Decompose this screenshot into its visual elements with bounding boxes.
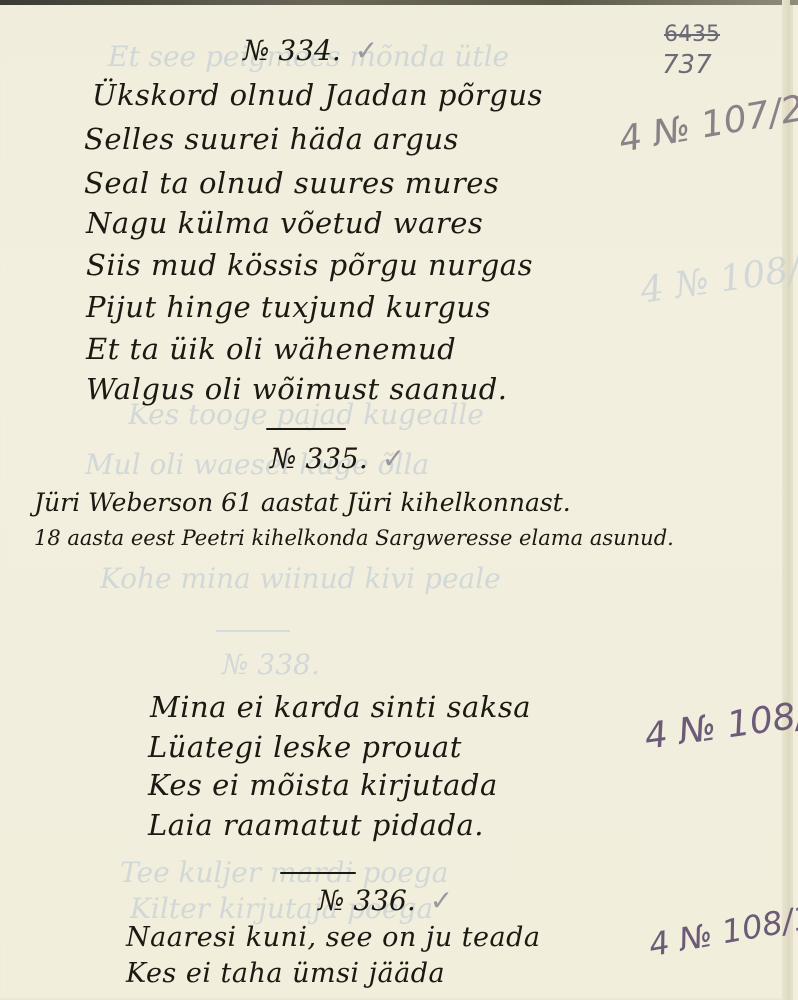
bleed-through-rule xyxy=(216,630,290,632)
entry-number-335: № 335.✓ xyxy=(270,442,405,475)
poem-line: Seal ta olnud suures mures xyxy=(84,166,499,200)
poem-line: Kes ei taha ümsi jääda xyxy=(126,958,445,989)
page-top-shadow-edge xyxy=(0,0,798,5)
margin-reference: 4 № 108/1 xyxy=(646,898,798,964)
poem-line: Et ta üik oli wähenemud xyxy=(86,332,456,366)
entry-number-text: № 335. xyxy=(270,442,368,475)
poem-line: Lüategi leske prouat xyxy=(148,730,462,764)
entry-number-text: № 336. xyxy=(318,884,416,917)
poem-line: Pijut hinge tuxjund kurgus xyxy=(86,290,491,324)
bleed-through-margin-ref: 4 № 108/1 xyxy=(638,245,798,311)
bleed-through-line: Kohe mina wiinud kivi peale xyxy=(100,562,501,595)
poem-line: Kes ei mõista kirjutada xyxy=(148,768,498,802)
prose-line: 18 aasta eest Peetri kihelkonda Sargwere… xyxy=(34,526,674,550)
poem-line: Naaresi kuni, see on ju teada xyxy=(126,922,541,953)
poem-line: Nagu külma võetud wares xyxy=(86,206,483,240)
poem-line: Selles suurei häda argus xyxy=(84,122,459,156)
check-mark-icon: ✓ xyxy=(382,442,405,475)
poem-line: Mina ei karda sinti saksa xyxy=(150,690,531,724)
poem-line: Laia raamatut pidada. xyxy=(148,808,484,842)
margin-reference: 4 № 108/1 xyxy=(642,691,798,758)
prose-line: Jüri Weberson 61 aastat Jüri kihelkonnas… xyxy=(34,488,571,517)
check-mark-icon: ✓ xyxy=(355,34,378,67)
poem-line: Siis mud kössis põrgu nurgas xyxy=(86,248,533,282)
poem-line: Walgus oli wõimust saanud. xyxy=(86,372,508,406)
entry-number-336: № 336.✓ xyxy=(318,884,453,917)
margin-reference: 4 № 107/2 xyxy=(616,88,798,161)
poem-line: Ükskord olnud Jaadan põrgus xyxy=(92,78,543,112)
bleed-through-number: № 338. xyxy=(222,648,320,681)
section-divider xyxy=(280,872,356,874)
manuscript-page: Et see peigmees mõnda ütle Kes tooge paj… xyxy=(0,0,793,1000)
section-divider xyxy=(266,428,346,430)
entry-number-text: № 334. xyxy=(243,34,341,67)
entry-number-334: № 334.✓ xyxy=(243,34,378,67)
archive-number-crossed-out: 6435 xyxy=(664,22,720,47)
archive-number: 737 xyxy=(662,50,712,80)
page-right-edge xyxy=(782,0,790,1000)
check-mark-icon: ✓ xyxy=(430,884,453,917)
